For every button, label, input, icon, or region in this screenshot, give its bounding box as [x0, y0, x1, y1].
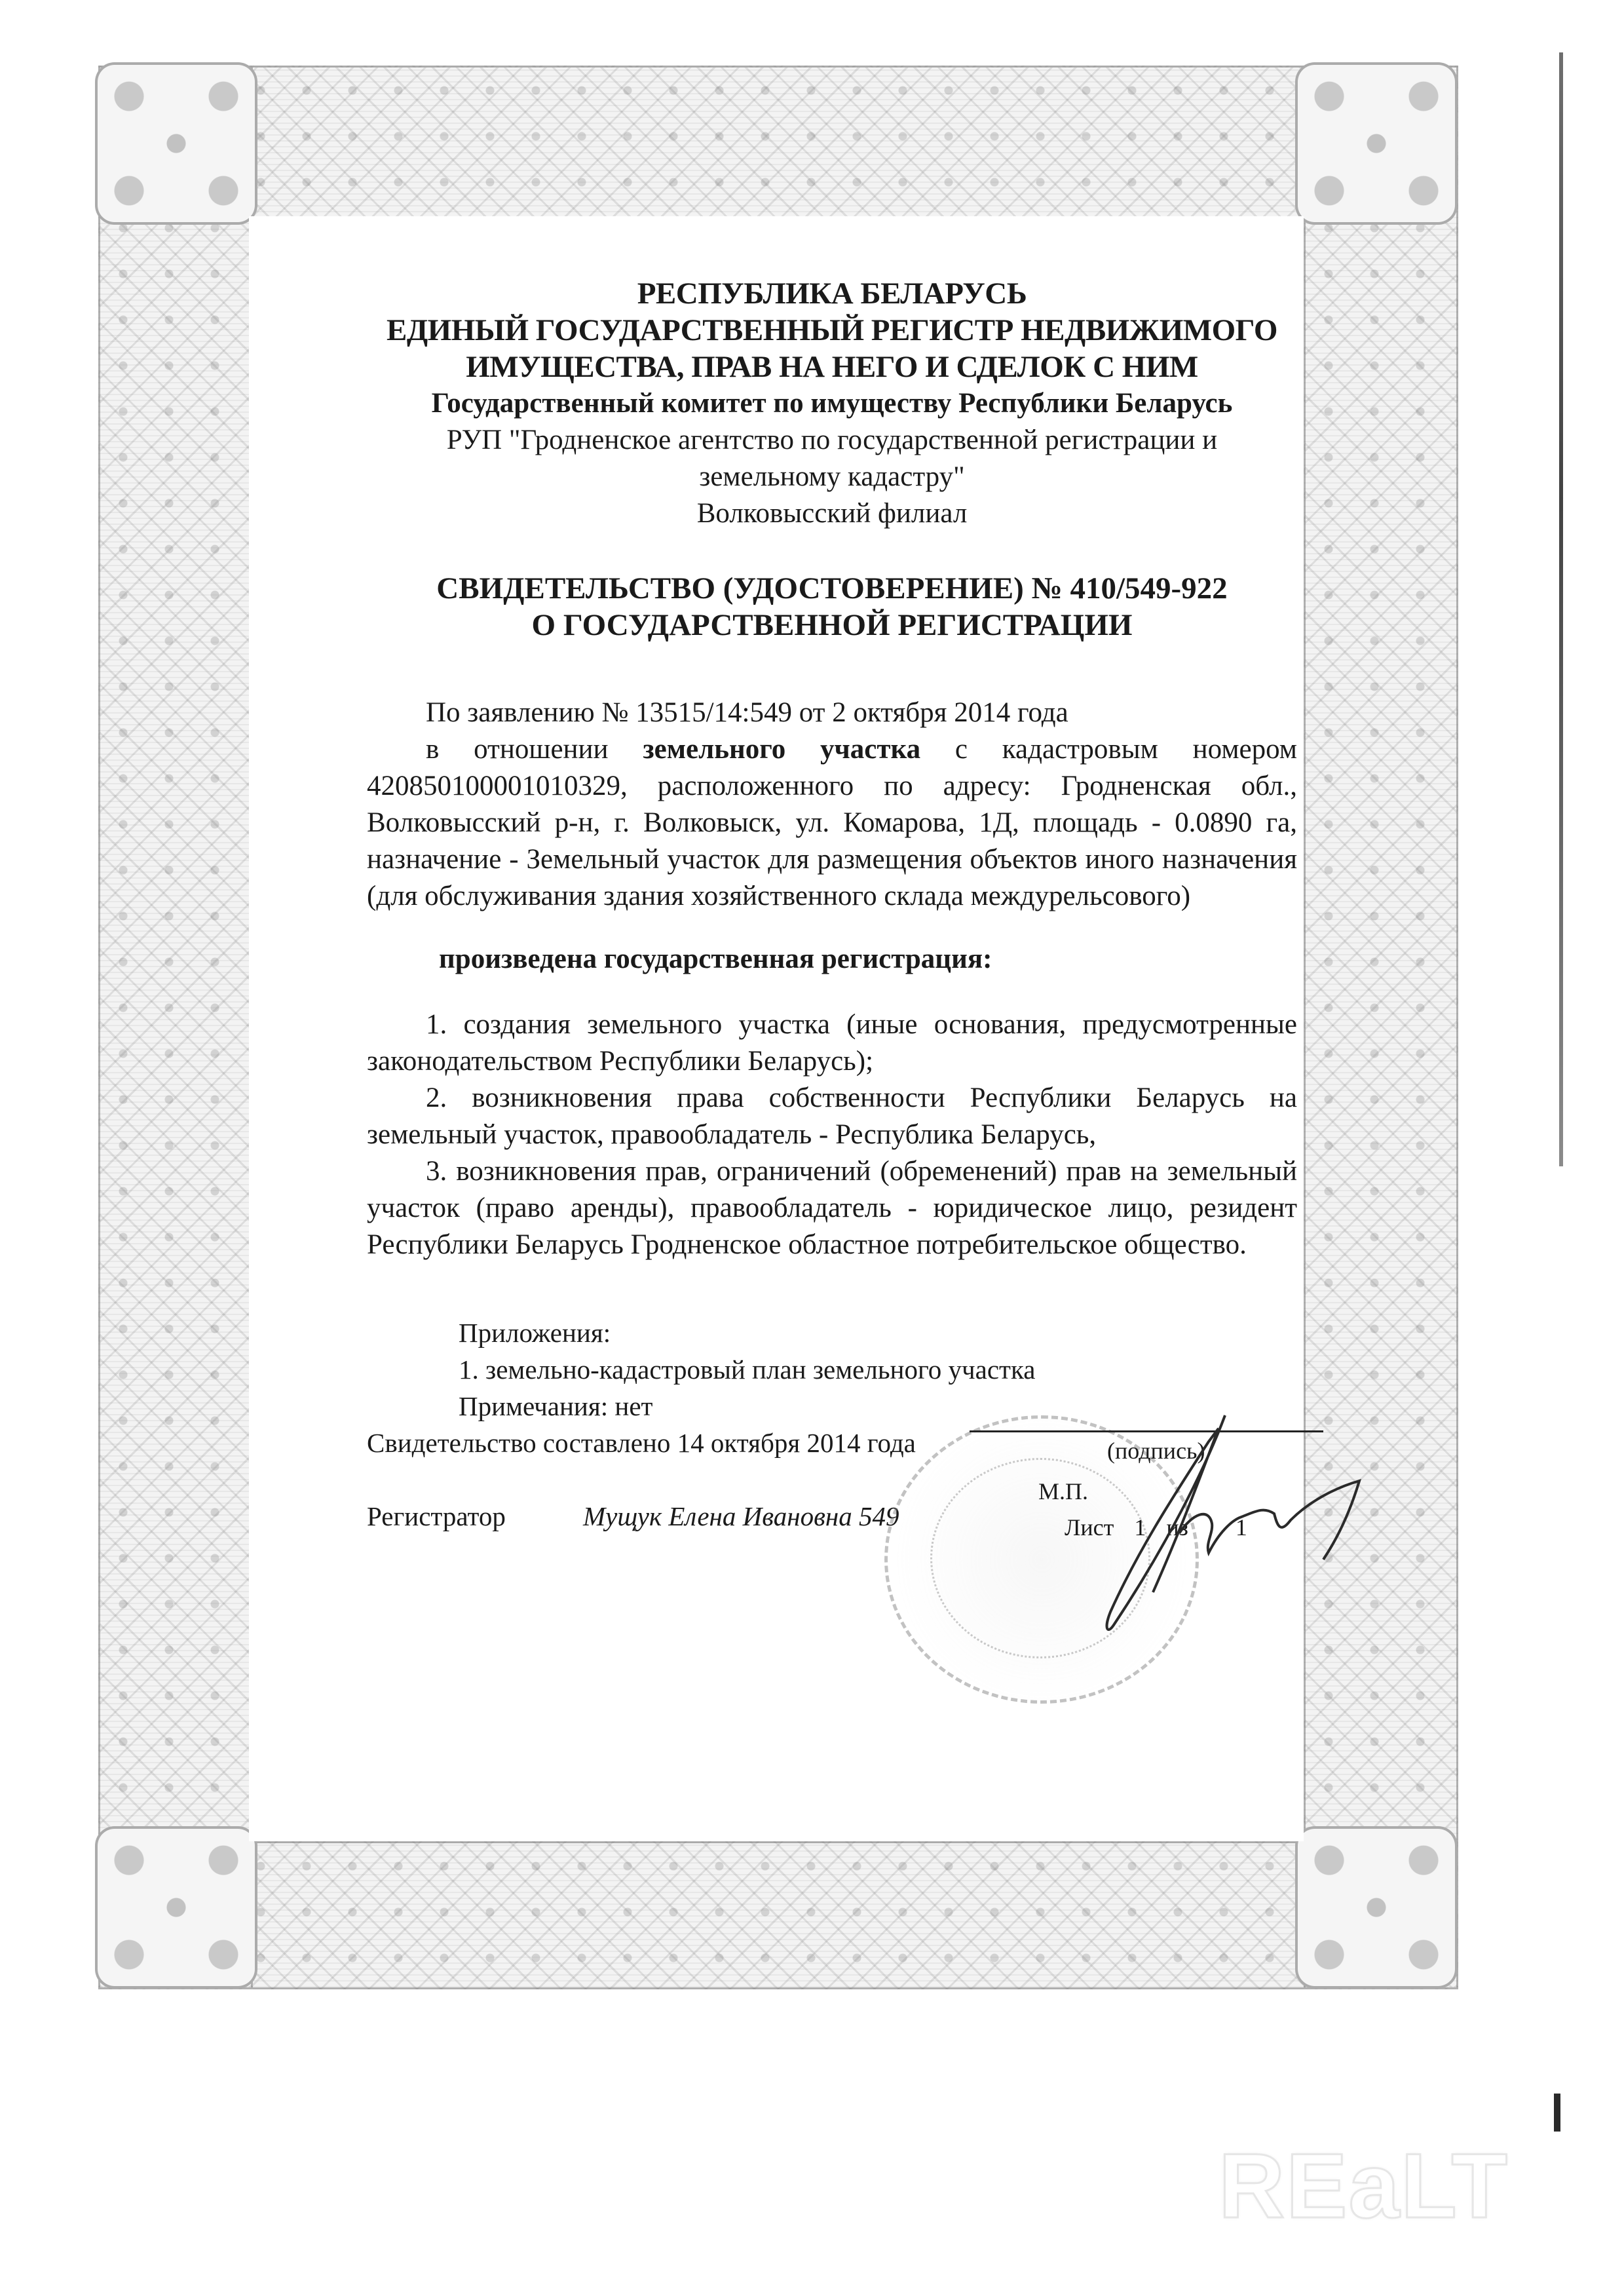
- country-heading: РЕСПУБЛИКА БЕЛАРУСЬ: [367, 275, 1297, 312]
- handwritten-signature: [983, 1402, 1389, 1651]
- frame-corner-ornament: [95, 62, 257, 225]
- registry-heading-line1: ЕДИНЫЙ ГОСУДАРСТВЕННЫЙ РЕГИСТР НЕДВИЖИМО…: [367, 312, 1297, 349]
- registration-item: 2. возникновения права собственности Рес…: [367, 1080, 1297, 1153]
- object-type: земельного участка: [643, 734, 920, 765]
- registrar-label: Регистратор: [367, 1501, 583, 1532]
- application-reference: По заявлению № 13515/14:549 от 2 октября…: [367, 695, 1297, 731]
- frame-corner-ornament: [1295, 1826, 1458, 1989]
- frame-band-right: [1304, 66, 1458, 1989]
- frame-band-top: [98, 66, 1458, 220]
- certificate-title: СВИДЕТЕЛЬСТВО (УДОСТОВЕРЕНИЕ) № 410/549-…: [367, 570, 1297, 643]
- registry-heading-line2: ИМУЩЕСТВА, ПРАВ НА НЕГО И СДЕЛОК С НИМ: [367, 349, 1297, 385]
- frame-band-left: [98, 66, 253, 1989]
- frame-corner-ornament: [95, 1826, 257, 1989]
- registration-lead: произведена государственная регистрация:: [367, 941, 1297, 978]
- registration-item: 3. возникновения прав, ограничений (обре…: [367, 1153, 1297, 1263]
- registration-item: 1. создания земельного участка (иные осн…: [367, 1006, 1297, 1080]
- certificate-title-line1: СВИДЕТЕЛЬСТВО (УДОСТОВЕРЕНИЕ) № 410/549-…: [367, 570, 1297, 607]
- committee-name: Государственный комитет по имуществу Рес…: [367, 385, 1297, 422]
- agency-name-line2: земельному кадастру": [367, 459, 1297, 495]
- registrar-name: Мущук Елена Ивановна 549: [583, 1501, 899, 1532]
- scan-edge-line: [1559, 52, 1563, 1166]
- object-prefix: в отношении: [426, 734, 643, 765]
- agency-name-line1: РУП "Гродненское агентство по государств…: [367, 422, 1297, 459]
- certificate-body: РЕСПУБЛИКА БЕЛАРУСЬ ЕДИНЫЙ ГОСУДАРСТВЕНН…: [367, 275, 1297, 1532]
- object-description: в отношении земельного участка с кадастр…: [367, 731, 1297, 915]
- appendix-label: Приложения:: [459, 1314, 1297, 1351]
- frame-corner-ornament: [1295, 62, 1458, 225]
- frame-band-bottom: [98, 1841, 1458, 1989]
- branch-name: Волковысский филиал: [367, 495, 1297, 532]
- realt-watermark-logo: REaLT: [1218, 2133, 1509, 2239]
- scan-mark: [1554, 2094, 1560, 2132]
- registration-items: 1. создания земельного участка (иные осн…: [367, 1006, 1297, 1263]
- certificate-title-line2: О ГОСУДАРСТВЕННОЙ РЕГИСТРАЦИИ: [367, 607, 1297, 643]
- appendix-item: 1. земельно-кадастровый план земельного …: [459, 1351, 1297, 1388]
